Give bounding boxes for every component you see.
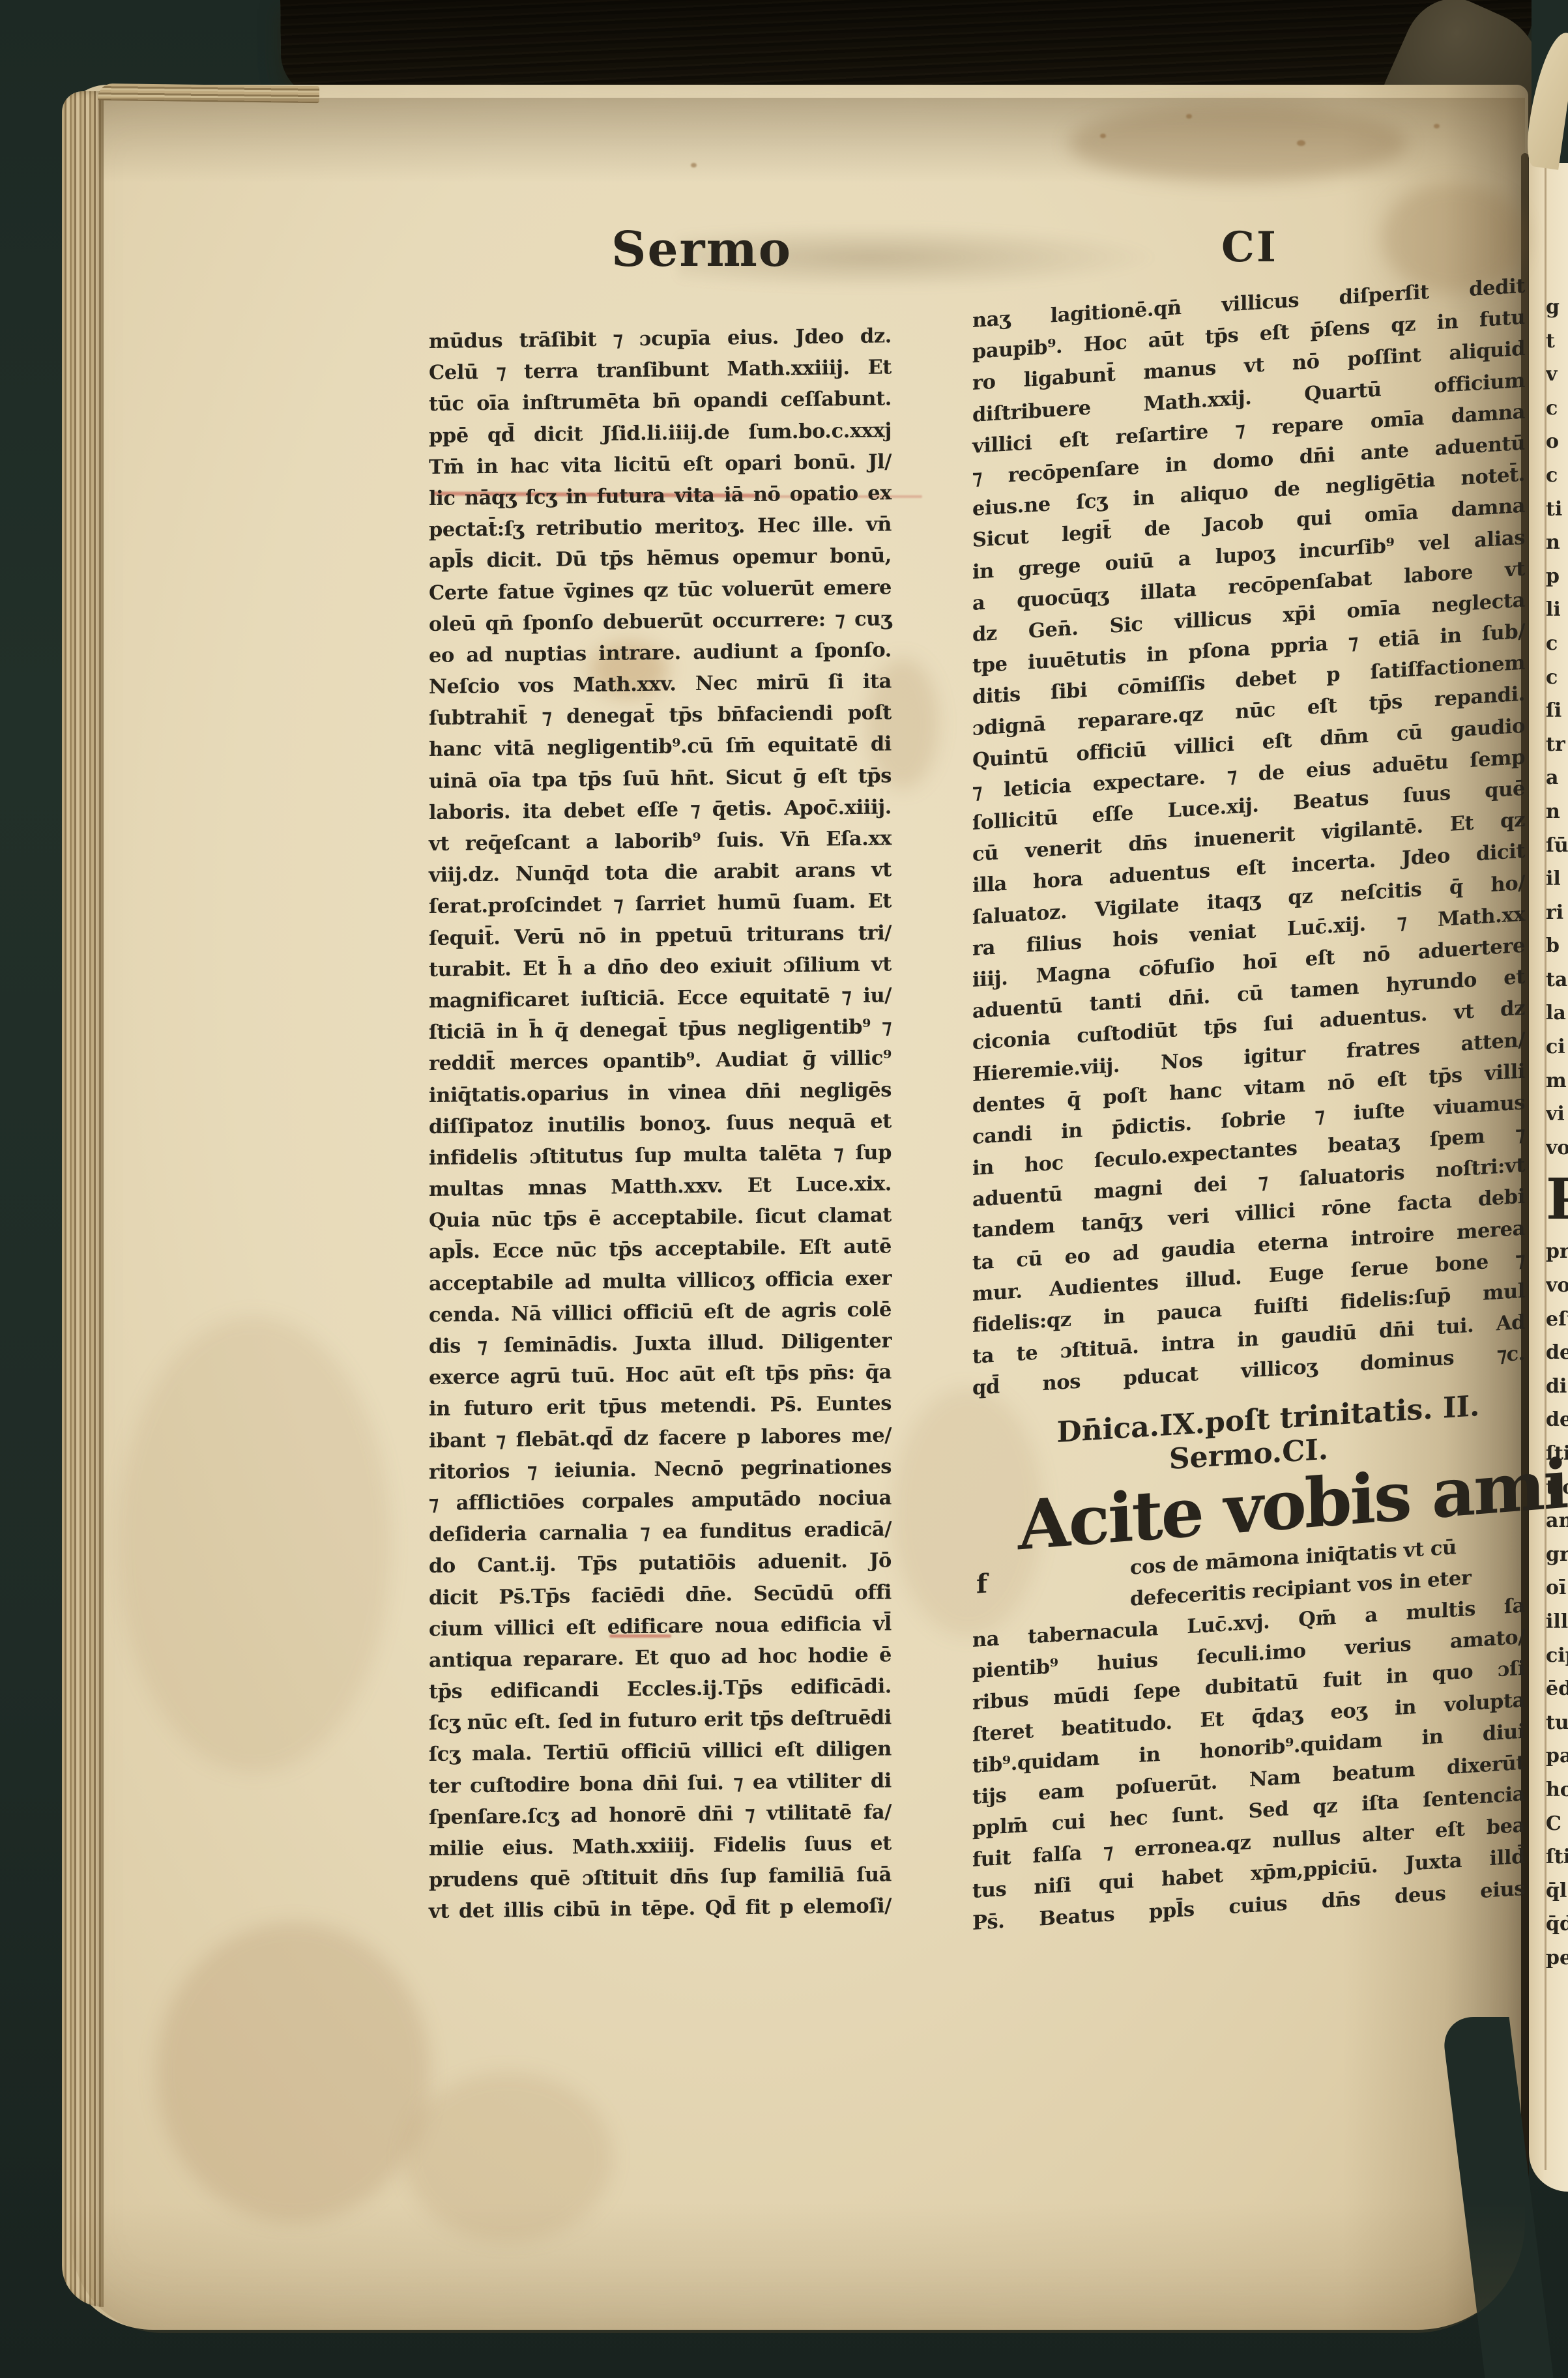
edge-letter: m [1546,1064,1568,1098]
page-bottom-shadow [72,2203,1525,2333]
page-stack-left-edge [62,91,104,2307]
edge-letter: ēd [1546,1672,1568,1706]
text-line: deſideria carnalia ⁊ ea funditus eradicā… [429,1513,892,1550]
running-header-folio: CI [1221,223,1278,272]
text-line: ſequit̄. Verū nō in ppetuū triturans tri… [429,917,892,954]
edge-letter: ſtis [1546,1840,1568,1874]
text-line: ſubtrahit̄ ⁊ denegat̄ tp̄s bn̄faciendi p… [429,697,892,734]
text-line: eo ad nuptias intrare. audiunt a ſponſo. [429,634,892,671]
edge-letter: gr [1546,1538,1568,1572]
text-line: vt req̄eſcant a laborib⁹ ſuis. Vn̄ Eſa.x… [429,822,892,860]
text-line: exerce agrū tuū. Hoc aūt eſt tp̄s pn̄s: … [429,1357,892,1394]
edge-letter: b [1546,929,1568,963]
right-column-lower-text: na tabernacula Luc̄.xvj. Qm̄ a multis ſa… [972,1590,1525,1939]
edge-letter: li [1546,593,1568,627]
edge-letter: ri [1546,896,1568,930]
parchment-stain [156,1922,430,2222]
text-line: Neſcio vos Math.xxv. Nec mirū ſi ita [429,665,892,703]
text-line: infidelis ɔſtitutus ſup multa talēta ⁊ ſ… [429,1137,892,1174]
edge-letter: ſū [1546,829,1568,863]
text-line: Certe fatue v̄gines qz tūc voluerūt emer… [429,572,892,609]
edge-letter: eſt [1546,1303,1568,1337]
text-line: ſcʒ nūc eſt. ſed in futuro erit tp̄s deſ… [429,1702,892,1739]
text-line: mūdus trāſibit ⁊ ɔcupīa eius. Jdeo dz. [429,320,892,357]
text-line: lic nāqʒ ſcʒ in futura vita iā nō opatio… [429,477,892,514]
initial-guide-letter: f [976,1569,987,1600]
text-line: prudens quē ɔſtituit dn̄s ſup familiā ſu… [429,1859,892,1896]
text-line: antiqua reparare. Et quo ad hoc hodie ē [429,1639,892,1676]
text-line: ſcʒ mala. Tertiū officiū villici eſt dil… [429,1733,892,1771]
edge-letter: ci [1546,1030,1568,1064]
edge-letter: q̄d [1546,1907,1568,1941]
edge-letter: tio [1546,1471,1568,1505]
text-line: hanc vitā negligentib⁹.cū ſm̄ equitatē d… [429,729,892,766]
edge-letter: g [1546,291,1568,325]
edge-letter: o [1546,425,1568,459]
edge-letter: tr [1546,728,1568,762]
edge-letter: pr [1546,1235,1568,1269]
edge-letter: pe [1546,1941,1568,1975]
edge-letter: C [1546,1807,1568,1841]
edge-letter: q̄l [1546,1874,1568,1908]
edge-letter: vi [1546,1097,1568,1131]
edge-letter: cip [1546,1639,1568,1673]
text-line: tūc oīa inſtrumēta bn̄ opandi ceſſabunt. [429,383,892,420]
edge-letter: de [1546,1336,1568,1370]
text-line: vt det illis cibū in tēpe. Qd̄ fit p ele… [429,1891,892,1928]
text-line: ibant ⁊ flebāt.qd̄ dz facere p labores m… [429,1419,892,1457]
edge-letter: c [1546,661,1568,695]
text-line: Tm̄ in hac vita licitū eſt opari bonū. J… [429,446,892,483]
text-line: ter cuſtodire bona dn̄i ſui. ⁊ ea vtilit… [429,1765,892,1802]
text-line: pectat̄:ſʒ retributio meritoʒ. Hec ille.… [429,508,892,545]
edge-letter: ho [1546,1773,1568,1807]
left-text-column: mūdus trāſibit ⁊ ɔcupīa eius. Jdeo dz.Ce… [429,320,892,1927]
edge-letter: il [1546,862,1568,896]
text-line: cenda. Nā villici officiū eſt de agris c… [429,1294,892,1331]
edge-letter: p [1546,560,1568,594]
edge-letter: ti [1546,493,1568,527]
edge-letter: a [1546,761,1568,795]
text-line: turabit. Et h̄ a dn̄o deo exiuit ɔſilium… [429,948,892,985]
text-line: iniq̄tatis.oparius in vinea dn̄i negligē… [429,1074,892,1111]
edge-letter: vo [1546,1269,1568,1303]
text-line: milie eius. Math.xxiiij. Fidelis ſuus et [429,1827,892,1864]
text-line: dicit Ps̄.Tp̄s faciēdi dn̄e. Secūdū offi [429,1576,892,1614]
edge-letter: di [1546,1370,1568,1404]
facing-page-clipped-text: gtvcoctinpliccſitranſūilribtalaci mvivo … [1546,291,1568,2011]
text-line: do Cant.ij. Tp̄s putatiōis aduenit. Jō [429,1545,892,1582]
text-line: magnificaret iuſticiā. Ecce equitatē ⁊ i… [429,979,892,1017]
text-line: multas mnas Matth.xxv. Et Luce.xix. [429,1168,892,1205]
text-line: in futuro erit tp̄us metendi. Ps̄. Eunte… [429,1388,892,1425]
right-column-upper-text: naʒ lagitionē.qn̄ villicus diſperſit ded… [972,270,1525,1404]
edge-letter: n [1546,795,1568,829]
edge-letter: la [1546,996,1568,1030]
text-line: apl̄s dicit. Dū tp̄s hēmus opemur bonū, [429,540,892,577]
text-line: ſticiā in h̄ q̄ denegat̄ tp̄us negligent… [429,1011,892,1048]
edge-letter: de [1546,1403,1568,1437]
text-line: viij.dz. Nunq̄d tota die arabit arans vt [429,854,892,892]
text-line: oleū qn̄ ſponſo debuerūt occurrere: ⁊ cu… [429,603,892,640]
edge-letter: vo [1546,1131,1568,1165]
text-line: ſpenſare.ſcʒ ad honorē dn̄i ⁊ vtilitatē … [429,1796,892,1833]
text-line: reddit̄ merces opantib⁹. Audiat ḡ villic… [429,1043,892,1080]
edge-letter: pa [1546,1739,1568,1773]
speck [1297,140,1305,146]
edge-letter: c [1546,392,1568,426]
speck [1186,114,1192,119]
facing-page-letters-upper: gtvcoctinpliccſitranſūilribtalaci [1546,291,1568,1064]
facing-page-letters-mid: mvivo [1546,1064,1568,1165]
facing-page-large-initial: P [1546,1165,1568,1235]
edge-letter: ta [1546,963,1568,997]
edge-letter: ſi [1546,694,1568,728]
speck [1434,124,1440,128]
text-line: Quia nūc tp̄s ē acceptabile. ſicut clama… [429,1200,892,1237]
text-line: laboris. ita debet eſſe ⁊ q̄etis. Apoc̄.… [429,791,892,828]
edge-letter: n [1546,526,1568,560]
text-line: diſſipatoz inutilis bonoʒ. ſuus nequā et [429,1105,892,1142]
text-line: ſerat.proſcindet ⁊ ſarriet humū ſuam. Et [429,886,892,923]
text-line: Celū ⁊ terra tranſibunt Math.xxiiij. Et [429,352,892,389]
text-line: acceptabile ad multa villicoʒ officia ex… [429,1262,892,1299]
edge-letter: v [1546,358,1568,392]
edge-letter: ill [1546,1605,1568,1639]
edge-letter: c [1546,459,1568,493]
text-line: uinā oīa tpa tp̄s ſuū hn̄t. Sicut ḡ eſt … [429,760,892,797]
text-line: apl̄s. Ecce nūc tp̄s acceptabile. Eſt au… [429,1231,892,1268]
parchment-stain [404,2072,613,2242]
facing-page-letters-lower: prvoeſtdedideſtitioangroīillcipēdtupahoC… [1546,1235,1568,1975]
edge-letter: ſti [1546,1437,1568,1471]
edge-letter: t [1546,325,1568,358]
text-line: ⁊ afflictiōes corpales amputādo nociua [429,1482,892,1519]
text-line: tp̄s edificandi Eccles.ij.Tp̄s edificādi… [429,1670,892,1707]
speck [1100,134,1106,138]
speck [691,163,697,167]
edge-letter: c [1546,627,1568,661]
running-header-title: Sermo [611,222,792,278]
grime-below-top-edge [1069,104,1408,182]
edge-letter: tu [1546,1706,1568,1740]
text-line: cium villici eſt edificare noua edificia… [429,1608,892,1645]
text-line: ppē qd̄ dicit Jſid.li.iiij.de ſum.bo.c.x… [429,414,892,452]
text-line: dis ⁊ ſeminādis. Juxta illud. Diligenter [429,1325,892,1362]
right-text-column: naʒ lagitionē.qn̄ villicus diſperſit ded… [972,270,1525,1939]
parchment-stain [117,1316,391,1773]
edge-letter: an [1546,1504,1568,1538]
edge-letter: oī [1546,1571,1568,1605]
text-line: ritorios ⁊ ieiunia. Necnō pegrinationes [429,1451,892,1488]
